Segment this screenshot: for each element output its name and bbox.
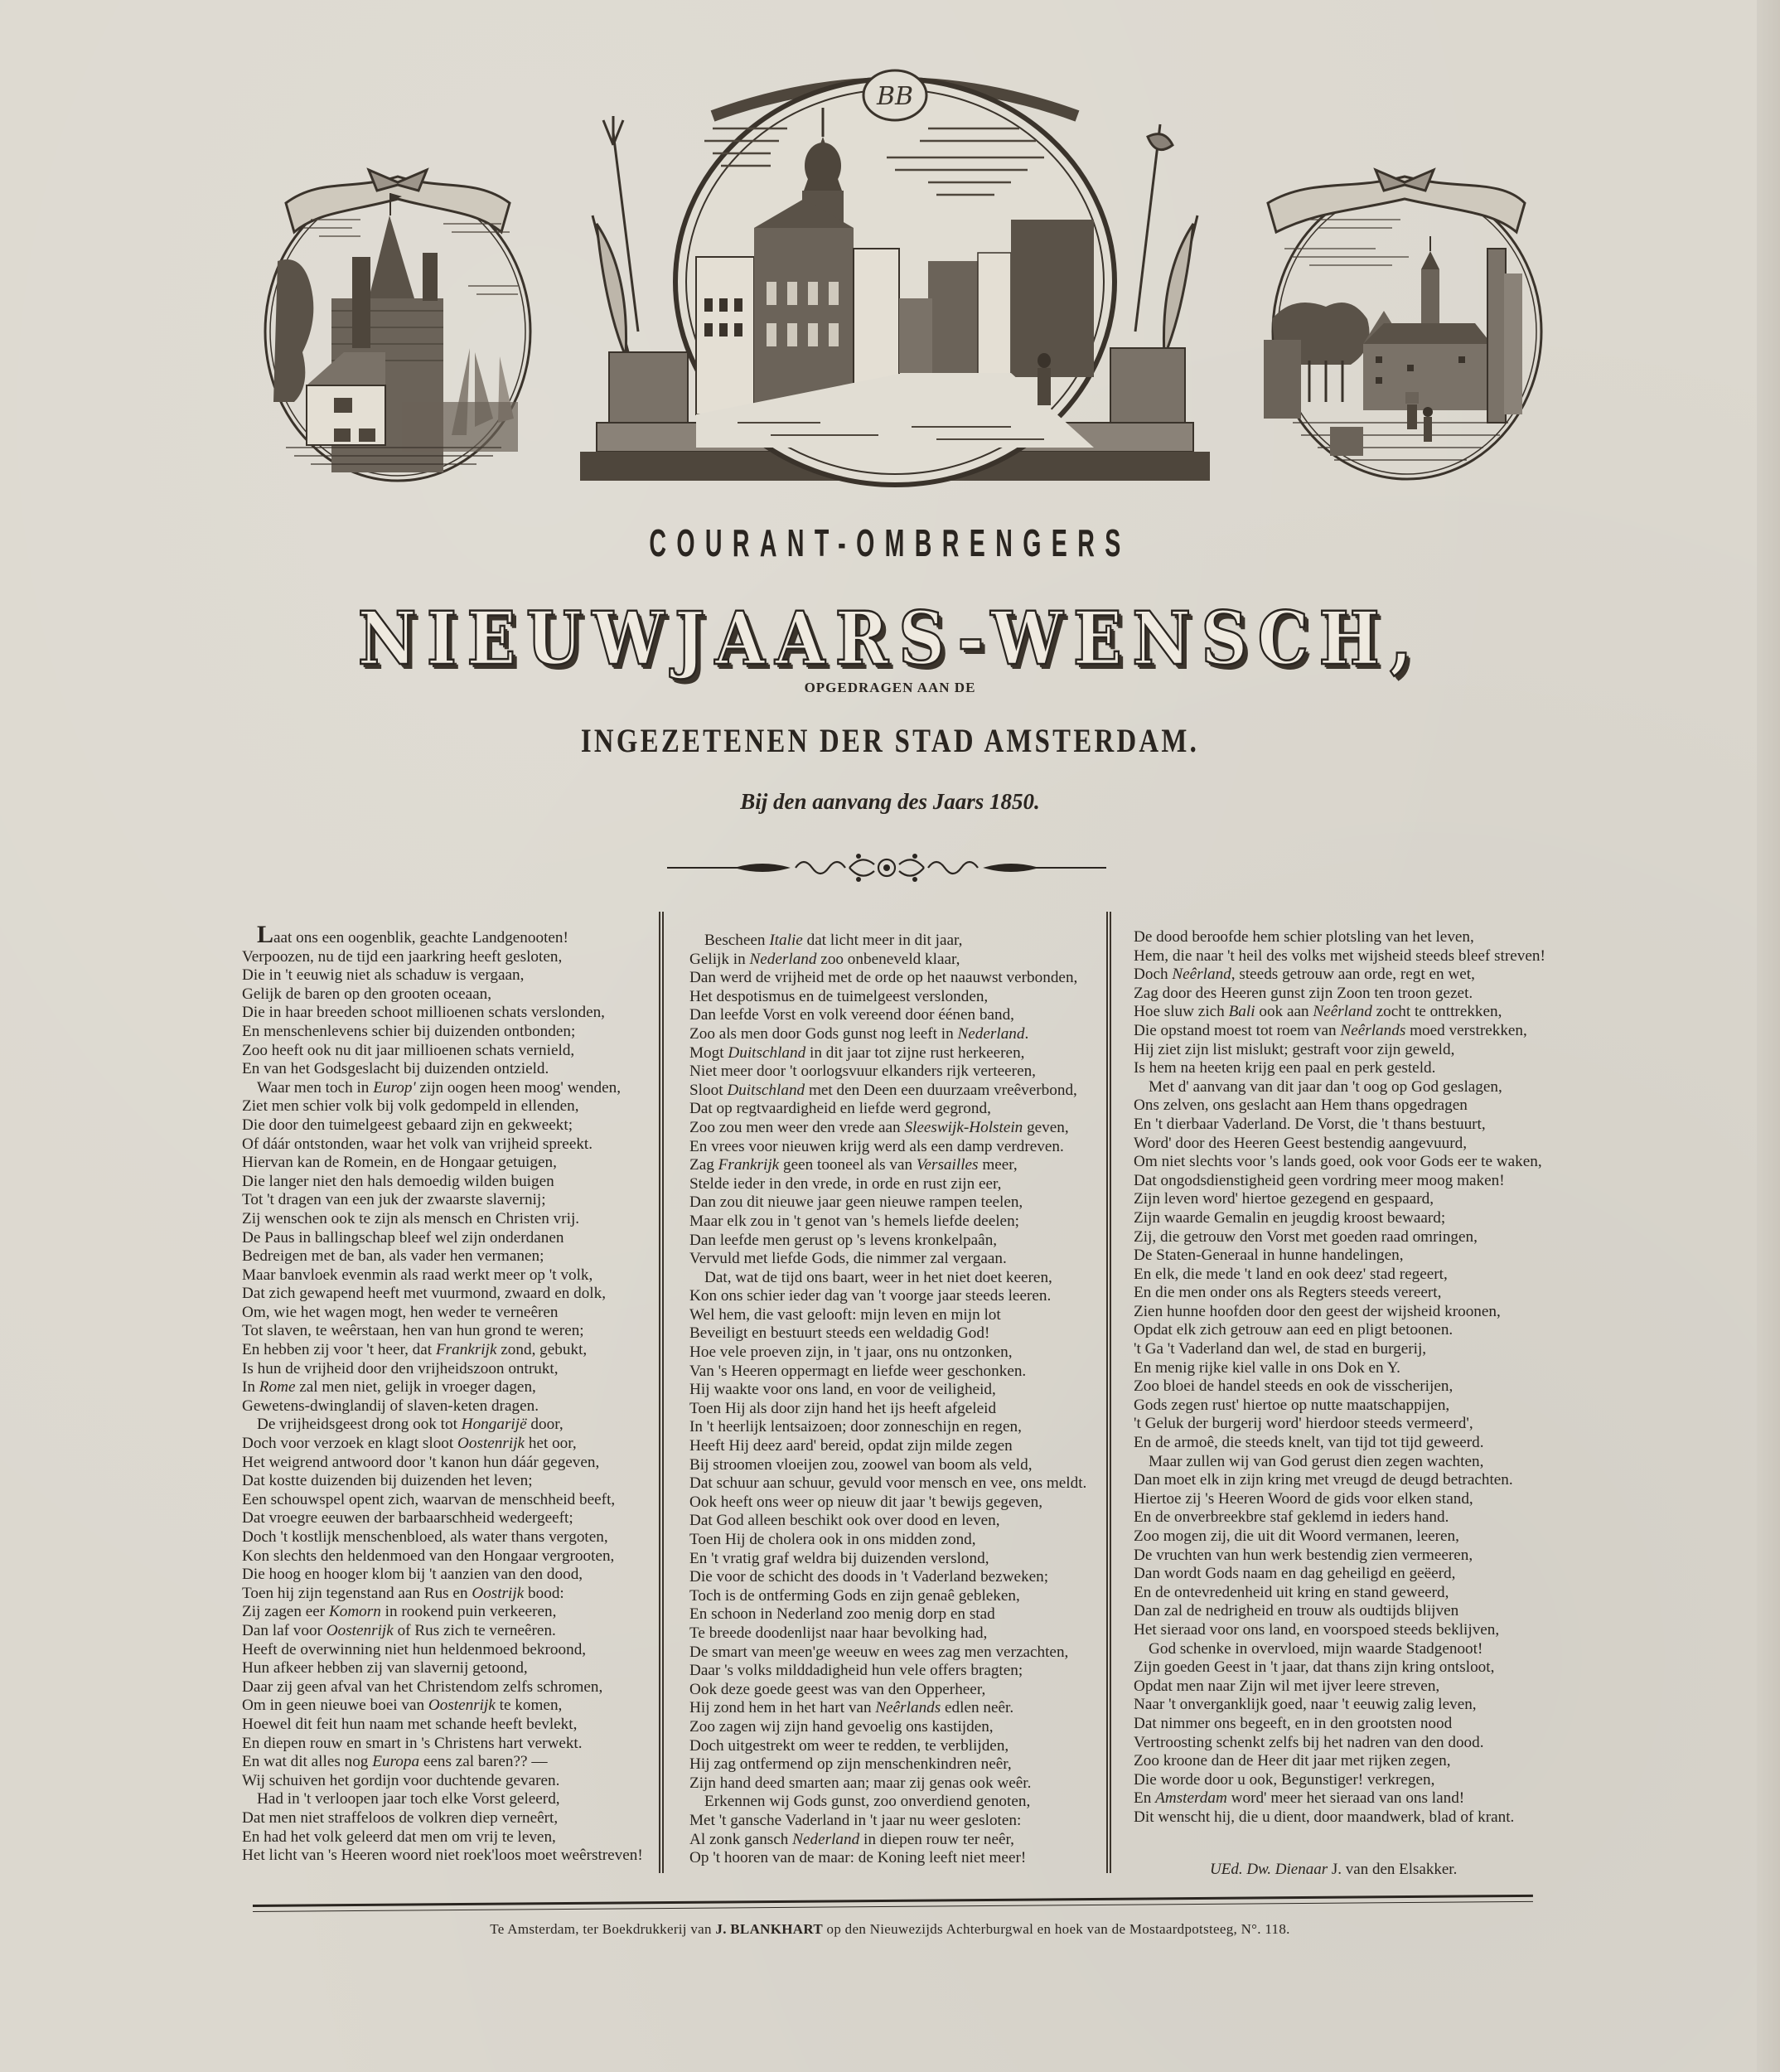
- poem-line: De dood beroofde hem schier plotsling va…: [1134, 928, 1545, 947]
- poem-line: Hij ziet zijn list mislukt; gestraft voo…: [1134, 1041, 1545, 1060]
- poem-line: Gods zegen rust' hiertoe op nutte maatsc…: [1134, 1397, 1545, 1416]
- poem-line: Stelde ieder in den vrede, in orde en ru…: [689, 1175, 1086, 1194]
- poem-line: Zoo bloei de handel steeds en ook de vis…: [1134, 1377, 1545, 1397]
- poem-line: Erkennen wij Gods gunst, zoo onverdiend …: [689, 1793, 1086, 1812]
- signature-name: J. van den Elsakker.: [1332, 1861, 1457, 1878]
- poem-line: Dan wordt Gods naam en dag geheiligd en …: [1134, 1565, 1545, 1584]
- italic-place-name: Frankrijk: [436, 1341, 497, 1358]
- signature-salutation: UEd. Dw. Dienaar: [1210, 1861, 1328, 1878]
- poem-line: De smart van meen'ge weeuw en wees zag m…: [689, 1644, 1086, 1663]
- poem-line: Tot slaven, te weêrstaan, hen van hun gr…: [242, 1322, 643, 1341]
- main-title-nieuwjaars-wensch: NIEUWJAARS-WENSCH,: [107, 595, 1673, 681]
- poem-line: Bij stroomen vloeijen zou, zoowel van bo…: [689, 1456, 1086, 1475]
- poem-line: Het weigrend antwoord door 't kanon hun …: [242, 1454, 643, 1473]
- poem-line: En de armoê, die steeds knelt, van tijd …: [1134, 1434, 1545, 1453]
- italic-place-name: Oostenrijk: [326, 1622, 394, 1639]
- poem-line: Dat kostte duizenden bij duizenden het l…: [242, 1472, 643, 1491]
- poem-line: En schoon in Nederland zoo menig dorp en…: [689, 1605, 1086, 1624]
- poem-line: De vruchten van hun werk bestendig zien …: [1134, 1547, 1545, 1566]
- printer-imprint: Te Amsterdam, ter Boekdrukkerij van J. B…: [0, 1921, 1780, 1938]
- poem-line: De Staten-Generaal in hunne handelingen,: [1134, 1247, 1545, 1266]
- italic-place-name: Amsterdam: [1155, 1789, 1227, 1807]
- poem-line: En vrees voor nieuwen krijg werd als een…: [689, 1138, 1086, 1157]
- poem-line: Op 't hooren van de maar: de Koning leef…: [689, 1849, 1086, 1868]
- poem-line: Hiervan kan de Romein, en de Hongaar get…: [242, 1154, 643, 1173]
- poem-line: Het licht van 's Heeren woord niet roek'…: [242, 1847, 643, 1866]
- poem-line: Opdat men naar Zijn wil met ijver leere …: [1134, 1677, 1545, 1697]
- poem-line: Bescheen Italie dat licht meer in dit ja…: [689, 932, 1086, 951]
- italic-place-name: Neêrlands: [875, 1699, 941, 1716]
- italic-place-name: Duitschland: [728, 1044, 805, 1062]
- italic-place-name: Bali: [1229, 1003, 1255, 1020]
- poem-column-3: De dood beroofde hem schier plotsling va…: [1134, 928, 1545, 1828]
- dedication-line: OPGEDRAGEN AAN DE: [0, 680, 1780, 696]
- poem-line: God schenke in overvloed, mijn waarde St…: [1134, 1640, 1545, 1659]
- poem-line: Verpoozen, nu de tijd een jaarkring heef…: [242, 948, 643, 967]
- poem-line: 't Geluk der burgerij word' hierdoor ste…: [1134, 1415, 1545, 1434]
- poem-line: Ons zelven, ons geslacht aan Hem thans o…: [1134, 1097, 1545, 1116]
- poem-line: Dat schuur aan schuur, gevuld voor mensc…: [689, 1474, 1086, 1493]
- italic-place-name: Nederland: [792, 1831, 859, 1848]
- poem-line: In 't heerlijk lentsaizoen; door zonnesc…: [689, 1418, 1086, 1437]
- italic-place-name: Oostenrijk: [428, 1697, 496, 1714]
- italic-place-name: Nederland: [749, 951, 816, 968]
- poem-line: Hiertoe zij 's Heeren Woord de gids voor…: [1134, 1490, 1545, 1509]
- poem-line: Zij wenschen ook te zijn als mensch en C…: [242, 1210, 643, 1229]
- poem-line: Doch uitgestrekt om weer te redden, te v…: [689, 1737, 1086, 1756]
- italic-place-name: Oostrijk: [472, 1585, 524, 1602]
- italic-place-name: Komorn: [329, 1603, 381, 1620]
- poem-line: Heeft de overwinning niet hun heldenmoed…: [242, 1641, 643, 1660]
- poem-line: Zoo zou men weer den vrede aan Sleeswijk…: [689, 1119, 1086, 1138]
- poem-line: Om in geen nieuwe boei van Oostenrijk te…: [242, 1697, 643, 1716]
- italic-place-name: Hongarijë: [462, 1416, 527, 1433]
- poem-line: Beveiligt en bestuurt steeds een weldadi…: [689, 1324, 1086, 1343]
- poem-line: Is hun de vrijheid door den vrijheidszoo…: [242, 1360, 643, 1379]
- poem-line: En menig rijke kiel valle in ons Dok en …: [1134, 1359, 1545, 1378]
- poem-line: Dat ongodsdienstigheid geen vordring mee…: [1134, 1172, 1545, 1191]
- poem-line: Dan leefde men gerust op 's levens kronk…: [689, 1232, 1086, 1251]
- poem-line: Ook heeft ons weer op nieuw dit jaar 't …: [689, 1493, 1086, 1513]
- italic-place-name: Neêrland: [1172, 966, 1231, 983]
- poem-line: Zoo kroone dan de Heer dit jaar met rijk…: [1134, 1752, 1545, 1771]
- poem-line: Dat zich gewapend heeft met vuurmond, zw…: [242, 1285, 643, 1304]
- occasion-subtitle: Bij den aanvang des Jaars 1850.: [0, 789, 1780, 815]
- poem-line: Maar elk zou in 't genot van 's hemels l…: [689, 1213, 1086, 1232]
- poem-line: Dan zou dit nieuwe jaar geen nieuwe ramp…: [689, 1193, 1086, 1213]
- poem-line: Hoewel dit feit hun naam met schande hee…: [242, 1716, 643, 1735]
- poem-line: Dat nimmer ons begeeft, en in den groots…: [1134, 1715, 1545, 1734]
- poem-line: Hoe sluw zich Bali ook aan Neêrland zoch…: [1134, 1003, 1545, 1022]
- poem-line: Zoo zagen wij zijn hand gevoelig ons kas…: [689, 1718, 1086, 1737]
- poem-line: Die door den tuimelgeest gebaard zijn en…: [242, 1116, 643, 1135]
- poem-line: Dat God alleen beschikt ook over dood en…: [689, 1512, 1086, 1531]
- poem-line: Zijn hand deed smarten aan; maar zij gen…: [689, 1774, 1086, 1794]
- poem-line: Zoo mogen zij, die uit dit Woord vermane…: [1134, 1527, 1545, 1547]
- poem-line: En elk, die mede 't land en ook deez' st…: [1134, 1266, 1545, 1285]
- poem-line: En wat dit alles nog Europa eens zal bar…: [242, 1753, 643, 1772]
- italic-place-name: Neêrlands: [1340, 1022, 1405, 1039]
- poem-line: Hij zond hem in het hart van Neêrlands e…: [689, 1699, 1086, 1718]
- poem-line: Gelijk in Nederland zoo onbeneveld klaar…: [689, 951, 1086, 970]
- poem-line: Zij, die getrouw den Vorst met goeden ra…: [1134, 1228, 1545, 1247]
- poem-line: Dan zal de nedrigheid en trouw als oudti…: [1134, 1602, 1545, 1621]
- poem-line: Die voor de schicht des doods in 't Vade…: [689, 1568, 1086, 1587]
- poem-line: Hij zag ontfermend op zijn menschenkindr…: [689, 1755, 1086, 1774]
- broadsheet-page: BB: [0, 0, 1780, 2072]
- imprint-printer: J. BLANKHART: [715, 1921, 823, 1937]
- italic-place-name: Frankrijk: [718, 1156, 780, 1174]
- poem-line: De vrijheidsgeest drong ook tot Hongarij…: [242, 1416, 643, 1435]
- poem-line: Dan moet elk in zijn kring met vreugd de…: [1134, 1471, 1545, 1490]
- poem-line: Zijn goeden Geest in 't jaar, dat thans …: [1134, 1658, 1545, 1677]
- italic-place-name: Europa: [372, 1753, 419, 1770]
- poem-line: 't Ga 't Vaderland dan wel, de stad en b…: [1134, 1340, 1545, 1359]
- italic-place-name: Oostenrijk: [457, 1435, 525, 1452]
- footer-rule: [253, 1895, 1533, 1912]
- italic-place-name: Europ': [373, 1079, 415, 1097]
- poem-line: Doch 't kostlijk menschenbloed, als wate…: [242, 1528, 643, 1547]
- poem-line: Doch Neêrland, steeds getrouw aan orde, …: [1134, 966, 1545, 985]
- right-vignette-building-engraving: [1260, 153, 1558, 485]
- italic-place-name: Nederland: [957, 1025, 1024, 1043]
- poem-line: Om, wie het wagen mogt, hen weder te ver…: [242, 1304, 643, 1323]
- poem-line: Word' door des Heeren Geest bestendig aa…: [1134, 1135, 1545, 1154]
- poem-line: Kon slechts den heldenmoed van den Honga…: [242, 1547, 643, 1566]
- left-vignette-tower-engraving: [253, 153, 543, 489]
- poem-line: Wel hem, die vast gelooft: mijn leven en…: [689, 1306, 1086, 1325]
- poem-line: Daar zij geen afval van het Christendom …: [242, 1678, 643, 1697]
- poem-line: Wij schuiven het gordijn voor duchtende …: [242, 1772, 643, 1791]
- poem-line: Zijn waarde Gemalin en jeugdig kroost be…: [1134, 1209, 1545, 1228]
- poem-line: Een schouwspel opent zich, waarvan de me…: [242, 1491, 643, 1510]
- poem-line: Zij zagen eer Komorn in rookend puin ver…: [242, 1603, 643, 1622]
- poem-line: Gewetens-dwinglandij of slaven-keten dra…: [242, 1397, 643, 1416]
- poem-line: Te breede doodenlijst naar haar bevolkin…: [689, 1624, 1086, 1644]
- poem-line: Hem, die naar 't heil des volks met wijs…: [1134, 947, 1545, 966]
- poem-line: Met d' aanvang van dit jaar dan 't oog o…: [1134, 1078, 1545, 1097]
- poem-line: Hoe vele proeven zijn, in 't jaar, ons n…: [689, 1343, 1086, 1363]
- poem-line: En die men onder ons als Regters steeds …: [1134, 1284, 1545, 1303]
- tower-illustration-icon: [253, 153, 543, 489]
- building-illustration-icon: [1260, 153, 1558, 485]
- poem-line: Zien hunne hoofden door den geest der wi…: [1134, 1303, 1545, 1322]
- poem-line: Laat ons een oogenblik, geachte Landgeno…: [242, 927, 643, 948]
- poem-line: Tot 't dragen van een juk der zwaarste s…: [242, 1191, 643, 1210]
- poem-line: Dat men niet straffeloos de volkren diep…: [242, 1809, 643, 1828]
- heading-courant-ombrengers: COURANT-OMBRENGERS: [338, 520, 1442, 565]
- poem-line: Mogt Duitschland in dit jaar tot zijne r…: [689, 1044, 1086, 1063]
- drop-cap: L: [257, 921, 273, 948]
- poem-line: Of dáár ontstonden, waar het volk van vr…: [242, 1135, 643, 1155]
- poem-line: En Amsterdam word' meer het sieraad van …: [1134, 1789, 1545, 1808]
- poem-line: Vervuld met liefde Gods, die nimmer zal …: [689, 1250, 1086, 1269]
- poem-line: Vertroosting schenkt zelfs bij het nadre…: [1134, 1734, 1545, 1753]
- poem-line: Toen Hij de cholera ook in ons midden zo…: [689, 1531, 1086, 1550]
- poem-line: Zag Frankrijk geen tooneel als van Versa…: [689, 1156, 1086, 1175]
- poem-line: Doch voor verzoek en klagt sloot Oostenr…: [242, 1435, 643, 1454]
- poem-line: Die langer niet den hals demoedig wilden…: [242, 1173, 643, 1192]
- street-scene-illustration-icon: BB: [580, 58, 1210, 493]
- poem-line: En diepen rouw en smart in 's Christens …: [242, 1735, 643, 1754]
- poem-line: Zag door des Heeren gunst zijn Zoon ten …: [1134, 985, 1545, 1004]
- poem-line: Het sieraad voor ons land, en voorspoed …: [1134, 1621, 1545, 1640]
- poem-line: Had in 't verloopen jaar toch elke Vorst…: [242, 1790, 643, 1809]
- poem-line: Heeft Hij deez aard' bereid, opdat zijn …: [689, 1437, 1086, 1456]
- recipients-heading: INGEZETENEN DER STAD AMSTERDAM.: [160, 721, 1619, 760]
- center-vignette-street-engraving: BB: [580, 58, 1210, 493]
- poem-line: Maar zullen wij van God gerust dien zege…: [1134, 1453, 1545, 1472]
- poem-column-2: Bescheen Italie dat licht meer in dit ja…: [689, 932, 1086, 1868]
- poem-line: Waar men toch in Europ' zijn oogen heen …: [242, 1079, 643, 1098]
- italic-place-name: Neêrland: [1313, 1003, 1371, 1020]
- poem-line: Het despotismus en de tuimelgeest verslo…: [689, 988, 1086, 1007]
- poem-line: Bedreigen met de ban, als vader hen verm…: [242, 1247, 643, 1266]
- poem-line: Zoo heeft ook nu dit jaar millioenen sch…: [242, 1042, 643, 1061]
- poem-line: Die hoog en hooger klom bij 't aanzien v…: [242, 1566, 643, 1585]
- poem-line: Dat vroegre eeuwen der barbaarschheid we…: [242, 1509, 643, 1528]
- poem-line: Sloot Duitschland met den Deen een duurz…: [689, 1082, 1086, 1101]
- poem-line: En had het volk geleerd dat men om vrij …: [242, 1828, 643, 1847]
- poem-line: Hij waakte voor ons land, en voor de vei…: [689, 1381, 1086, 1400]
- poem-line: Zoo als men door Gods gunst nog leeft in…: [689, 1025, 1086, 1044]
- poem-line: En de onverbreekbre staf geklemd in iede…: [1134, 1508, 1545, 1527]
- poem-line: De Paus in ballingschap bleef wel zijn o…: [242, 1229, 643, 1248]
- poem-column-1: Laat ons een oogenblik, geachte Landgeno…: [242, 927, 643, 1866]
- poem-line: Naar 't onverganklijk goed, naar 't eeuw…: [1134, 1696, 1545, 1715]
- poem-line: Gelijk de baren op den grooten oceaan,: [242, 985, 643, 1005]
- decorative-divider: [663, 850, 1110, 883]
- italic-place-name: Sleeswijk-Holstein: [904, 1119, 1023, 1136]
- poem-line: Die worde door u ook, Begunstiger! verkr…: [1134, 1771, 1545, 1790]
- poem-line: En menschenlevens schier bij duizenden o…: [242, 1023, 643, 1042]
- poem-line: Ook deze goede geest was van den Opperhe…: [689, 1681, 1086, 1700]
- poem-line: Met 't gansche Vaderland in 't jaar nu w…: [689, 1812, 1086, 1831]
- signature: UEd. Dw. Dienaar J. van den Elsakker.: [1210, 1861, 1457, 1879]
- poem-line: En 't dierbaar Vaderland. De Vorst, die …: [1134, 1116, 1545, 1135]
- poem-line: Al zonk gansch Nederland in diepen rouw …: [689, 1831, 1086, 1850]
- poem-line: En hebben zij voor 't heer, dat Frankrij…: [242, 1341, 643, 1360]
- poem-line: Opdat elk zich getrouw aan eed en pligt …: [1134, 1321, 1545, 1340]
- poem-line: Dat, wat de tijd ons baart, weer in het …: [689, 1269, 1086, 1288]
- poem-line: Toen hij zijn tegenstand aan Rus en Oost…: [242, 1585, 643, 1604]
- italic-place-name: Rome: [259, 1378, 296, 1396]
- poem-line: En van het Godsgeslacht bij duizenden on…: [242, 1060, 643, 1079]
- poem-line: Daar 's volks milddadigheid hun vele off…: [689, 1662, 1086, 1681]
- floral-ornament-icon: [663, 850, 1110, 883]
- column-divider-right: [1106, 912, 1108, 1873]
- paper-edge: [1757, 0, 1780, 2072]
- poem-line: Om niet slechts voor 's lands goed, ook …: [1134, 1153, 1545, 1172]
- poem-line: Van 's Heeren oppermagt en liefde weer g…: [689, 1363, 1086, 1382]
- poem-line: Dan laf voor Oostenrijk of Rus zich te v…: [242, 1622, 643, 1641]
- poem-line: Dit wenscht hij, die u dient, door maand…: [1134, 1808, 1545, 1828]
- poem-line: Is hem na heeten krijg een paal en perk …: [1134, 1059, 1545, 1078]
- poem-line: Toch is de ontferming Gods en zijn genaê…: [689, 1587, 1086, 1606]
- poem-line: Die in haar breeden schoot millioenen sc…: [242, 1004, 643, 1023]
- poem-line: Die in 't eeuwig niet als schaduw is ver…: [242, 966, 643, 985]
- poem-line: Dan werd de vrijheid met de orde op het …: [689, 969, 1086, 988]
- monogram-text: BB: [876, 82, 913, 111]
- poem-line: Toen Hij als door zijn hand het ijs heef…: [689, 1400, 1086, 1419]
- italic-place-name: Versailles: [917, 1156, 979, 1174]
- poem-line: Dat op regtvaardigheid en liefde werd ge…: [689, 1100, 1086, 1119]
- poem-line: Kon ons schier ieder dag van 't voorge j…: [689, 1287, 1086, 1306]
- poem-line: Niet meer door 't oorlogsvuur elkanders …: [689, 1063, 1086, 1082]
- poem-line: En 't vratig graf weldra bij duizenden v…: [689, 1550, 1086, 1569]
- italic-place-name: Italie: [769, 932, 803, 949]
- poem-line: Die opstand moest tot roem van Neêrlands…: [1134, 1022, 1545, 1041]
- poem-line: Hun afkeer hebben zij van slavernij geto…: [242, 1659, 643, 1678]
- imprint-suffix: op den Nieuwezijds Achterburgwal en hoek…: [827, 1921, 1290, 1937]
- poem-line: In Rome zal men niet, gelijk in vroeger …: [242, 1378, 643, 1397]
- italic-place-name: Duitschland: [727, 1082, 805, 1099]
- column-divider-left: [659, 912, 660, 1873]
- imprint-prefix: Te Amsterdam, ter Boekdrukkerij van: [490, 1921, 712, 1937]
- poem-line: Zijn leven word' hiertoe gezegend en ges…: [1134, 1190, 1545, 1209]
- poem-line: Maar banvloek evenmin als raad werkt mee…: [242, 1266, 643, 1285]
- poem-line: Ziet men schier volk bij volk gedompeld …: [242, 1097, 643, 1116]
- poem-line: Dan leefde Vorst en volk vereend door éé…: [689, 1006, 1086, 1025]
- poem-line: En de ontevredenheid uit kring en stand …: [1134, 1584, 1545, 1603]
